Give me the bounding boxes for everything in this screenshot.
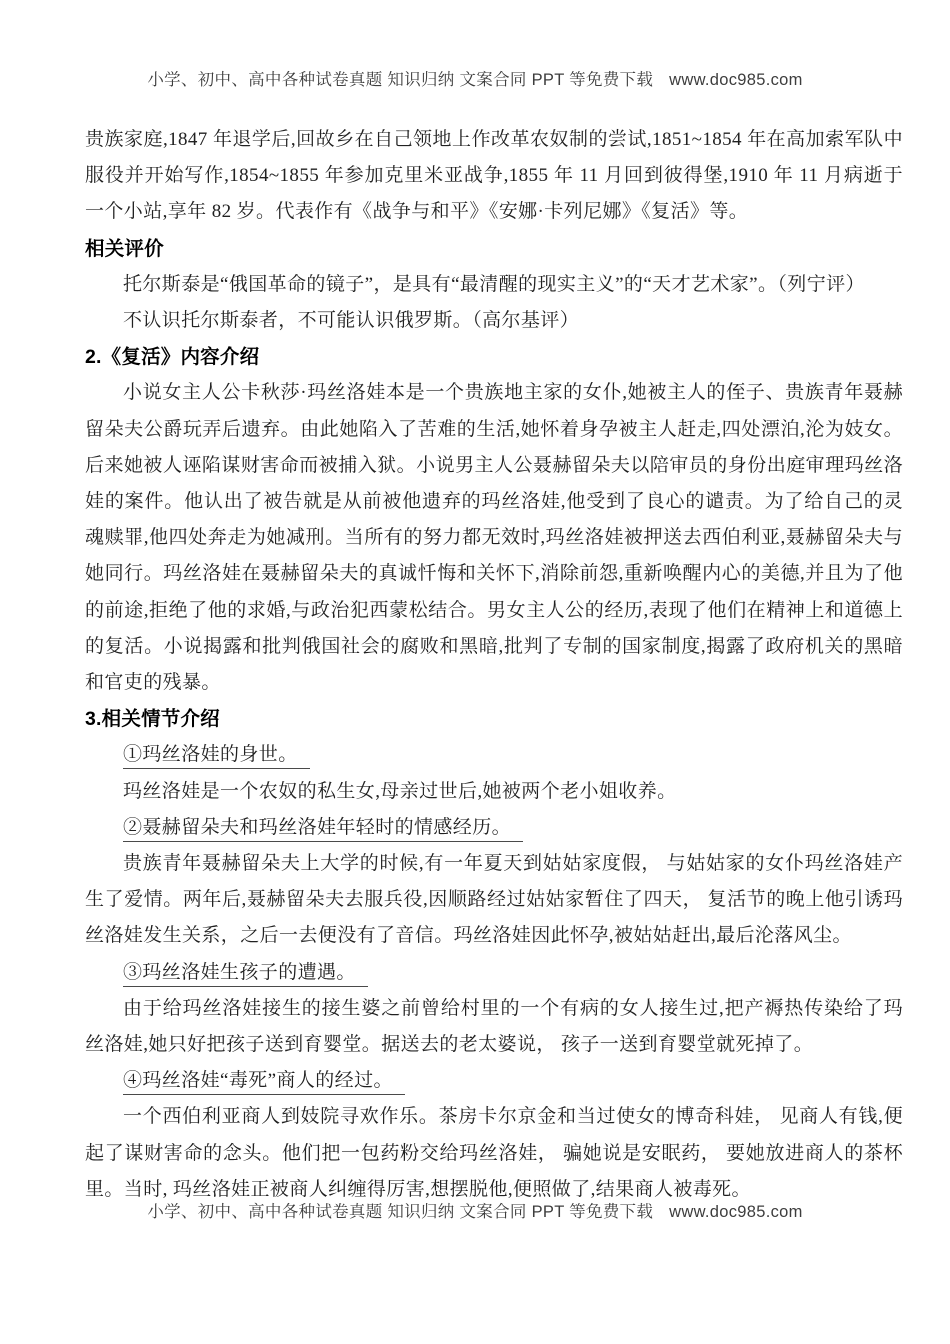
document-body: 贵族家庭,1847 年退学后,回故乡在自己领地上作改革农奴制的尝试,1851~1… (85, 122, 903, 1208)
header-watermark-text: 小学、初中、高中各种试卷真题 知识归纳 文案合同 PPT 等免费下载 (147, 71, 653, 89)
subheading-childbirth: ③玛丝洛娃生孩子的遭遇。 (85, 955, 903, 991)
page-header-watermark: 小学、初中、高中各种试卷真题 知识归纳 文案合同 PPT 等免费下载www.do… (0, 66, 950, 90)
subheading-maslova-origin: ①玛丝洛娃的身世。 (85, 737, 903, 773)
paragraph-lenin-review: 托尔斯泰是“俄国革命的镜子”，是具有“最清醒的现实主义”的“天才艺术家”。（列宁… (85, 267, 903, 303)
footer-watermark-text: 小学、初中、高中各种试卷真题 知识归纳 文案合同 PPT 等免费下载 (147, 1203, 653, 1221)
paragraph-tolstoy-bio: 贵族家庭,1847 年退学后,回故乡在自己领地上作改革农奴制的尝试,1851~1… (85, 122, 903, 231)
paragraph-poisoning: 一个西伯利亚商人到妓院寻欢作乐。茶房卡尔京金和当过使女的博奇科娃， 见商人有钱,… (85, 1099, 903, 1208)
subheading-early-romance-text: ②聂赫留朵夫和玛丝洛娃年轻时的情感经历。 (123, 817, 523, 842)
paragraph-early-romance: 贵族青年聂赫留朵夫上大学的时候,有一年夏天到姑姑家度假， 与姑姑家的女仆玛丝洛娃… (85, 846, 903, 955)
paragraph-maslova-origin: 玛丝洛娃是一个农奴的私生女,母亲过世后,她被两个老小姐收养。 (85, 774, 903, 810)
subheading-early-romance: ②聂赫留朵夫和玛丝洛娃年轻时的情感经历。 (85, 810, 903, 846)
subheading-poisoning-text: ④玛丝洛娃“毒死”商人的经过。 (123, 1070, 405, 1095)
subheading-maslova-origin-text: ①玛丝洛娃的身世。 (123, 744, 310, 769)
paragraph-childbirth: 由于给玛丝洛娃接生的接生婆之前曾给村里的一个有病的女人接生过,把产褥热传染给了玛… (85, 991, 903, 1063)
document-page: 小学、初中、高中各种试卷真题 知识归纳 文案合同 PPT 等免费下载www.do… (0, 0, 950, 1344)
heading-resurrection-intro: 2.《复活》内容介绍 (85, 339, 903, 375)
paragraph-plot-summary: 小说女主人公卡秋莎·玛丝洛娃本是一个贵族地主家的女仆,她被主人的侄子、贵族青年聂… (85, 375, 903, 701)
heading-related-plots: 3.相关情节介绍 (85, 701, 903, 737)
footer-watermark-url: www.doc985.com (669, 1203, 803, 1221)
paragraph-gorky-review: 不认识托尔斯泰者，不可能认识俄罗斯。（高尔基评） (85, 303, 903, 339)
page-footer-watermark: 小学、初中、高中各种试卷真题 知识归纳 文案合同 PPT 等免费下载www.do… (0, 1198, 950, 1222)
subheading-childbirth-text: ③玛丝洛娃生孩子的遭遇。 (123, 962, 368, 987)
header-watermark-url: www.doc985.com (669, 71, 803, 89)
subheading-poisoning: ④玛丝洛娃“毒死”商人的经过。 (85, 1063, 903, 1099)
heading-related-reviews: 相关评价 (85, 231, 903, 267)
